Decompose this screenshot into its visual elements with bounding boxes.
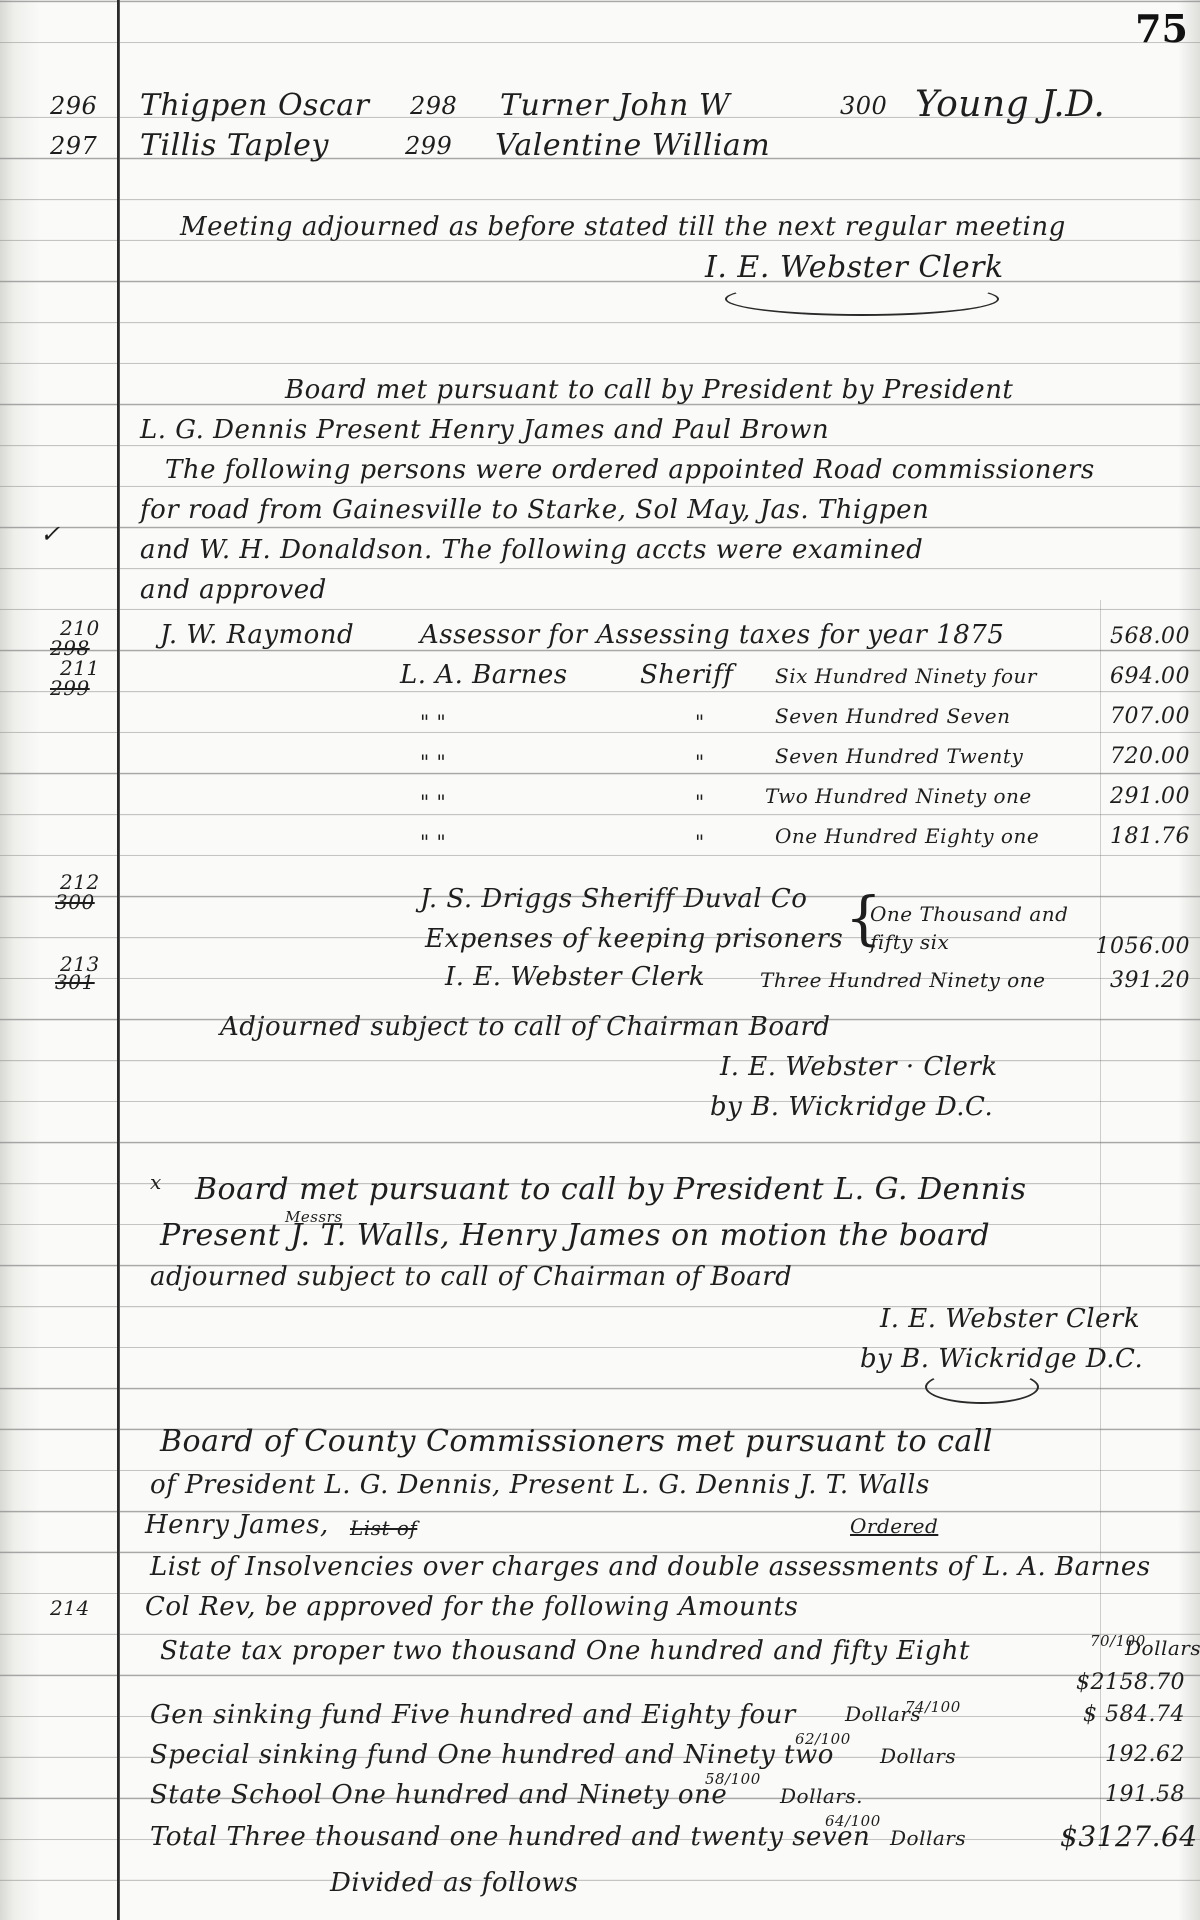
minutes-line: Board of County Commissioners met pursua… bbox=[160, 1424, 993, 1459]
entry-number: 298 bbox=[410, 92, 457, 120]
entry-number: 296 bbox=[50, 92, 97, 120]
assessment-item-text: Special sinking fund One hundred and Nin… bbox=[150, 1740, 834, 1770]
minutes-line: Henry James, bbox=[145, 1510, 329, 1540]
account-description: Sheriff bbox=[640, 660, 733, 690]
ditto-mark: " " bbox=[420, 750, 446, 774]
assessment-item-amount: 192.62 bbox=[1075, 1742, 1185, 1767]
minutes-line: of President L. G. Dennis, Present L. G.… bbox=[150, 1470, 930, 1500]
minutes-line: Board met pursuant to call by President … bbox=[195, 1172, 1027, 1207]
assessment-item-amount: $2158.70 bbox=[1075, 1670, 1185, 1695]
margin-number-struck: 301 bbox=[55, 970, 95, 994]
account-words: One Hundred Eighty one bbox=[775, 824, 1039, 848]
deputy-signature: by B. Wickridge D.C. bbox=[860, 1344, 1143, 1374]
account-words: Two Hundred Ninety one bbox=[765, 784, 1032, 808]
margin-number-struck: 299 bbox=[50, 676, 90, 700]
assessment-item-fraction: 58/100 bbox=[705, 1770, 761, 1788]
ditto-mark: " " bbox=[420, 830, 446, 854]
assessment-total-text: Total Three thousand one hundred and twe… bbox=[150, 1822, 870, 1852]
entry-name: Tillis Tapley bbox=[140, 128, 329, 163]
margin-number-struck: 300 bbox=[55, 890, 95, 914]
inserted-word: Ordered bbox=[850, 1514, 938, 1538]
entry-name: Thigpen Oscar bbox=[140, 88, 369, 123]
account-amount: 707.00 bbox=[1080, 704, 1190, 729]
entry-number: 299 bbox=[405, 132, 452, 160]
minutes-line: The following persons were ordered appoi… bbox=[165, 455, 1095, 485]
minutes-line: Col Rev, be approved for the following A… bbox=[145, 1592, 798, 1622]
ditto-mark: " " bbox=[420, 710, 446, 734]
adjourn-statement: Adjourned subject to call of Chairman Bo… bbox=[220, 1012, 831, 1042]
minutes-line: List of Insolvencies over charges and do… bbox=[150, 1552, 1151, 1582]
assessment-item-amount: $ 584.74 bbox=[1075, 1702, 1185, 1727]
margin-rule-inner bbox=[119, 0, 120, 1920]
page-number: 75 bbox=[1135, 6, 1188, 51]
account-words: One Thousand and bbox=[870, 902, 1068, 926]
account-payee: J. W. Raymond bbox=[160, 620, 354, 650]
assessment-item-unit: Dollars bbox=[1125, 1636, 1200, 1660]
assessment-item-fraction: 62/100 bbox=[795, 1730, 851, 1748]
assessment-item-unit: Dollars bbox=[880, 1744, 956, 1768]
account-amount: 391.20 bbox=[1080, 968, 1190, 993]
account-amount: 694.00 bbox=[1080, 664, 1190, 689]
account-words: fifty six bbox=[870, 930, 949, 954]
deputy-signature: by B. Wickridge D.C. bbox=[710, 1092, 993, 1122]
entry-name: Young J.D. bbox=[915, 84, 1105, 125]
minutes-line: and W. H. Donaldson. The following accts… bbox=[140, 535, 923, 565]
assessment-total-fraction: 64/100 bbox=[825, 1812, 881, 1830]
entry-name: Turner John W bbox=[500, 88, 730, 123]
check-mark-icon: ✓ bbox=[40, 520, 61, 548]
minutes-line: and approved bbox=[140, 575, 327, 605]
ditto-mark: " bbox=[695, 790, 705, 814]
account-words: Three Hundred Ninety one bbox=[760, 968, 1045, 992]
account-amount: 1056.00 bbox=[1080, 934, 1190, 959]
assessment-item-amount: 191.58 bbox=[1075, 1782, 1185, 1807]
account-payee: J. S. Driggs Sheriff Duval Co bbox=[420, 884, 807, 914]
ditto-mark: " bbox=[695, 830, 705, 854]
minutes-line: adjourned subject to call of Chairman of… bbox=[150, 1262, 792, 1292]
signature-flourish bbox=[725, 282, 999, 316]
clerk-signature: I. E. Webster Clerk bbox=[705, 250, 1004, 285]
minutes-line: Board met pursuant to call by President … bbox=[285, 375, 1013, 405]
ruled-lines bbox=[0, 0, 1200, 1920]
ditto-mark: " bbox=[695, 750, 705, 774]
assessment-total-amount: $3127.64 bbox=[1060, 1820, 1190, 1853]
minutes-line: L. G. Dennis Present Henry James and Pau… bbox=[140, 415, 829, 445]
account-payee: L. A. Barnes bbox=[400, 660, 568, 690]
margin-number: 214 bbox=[50, 1596, 90, 1620]
account-amount: 720.00 bbox=[1080, 744, 1190, 769]
clerk-signature: I. E. Webster Clerk bbox=[880, 1304, 1140, 1334]
struck-word: List of bbox=[350, 1516, 417, 1540]
ditto-mark: " bbox=[695, 710, 705, 734]
ditto-mark: " " bbox=[420, 790, 446, 814]
assessment-item-unit: Dollars bbox=[845, 1702, 921, 1726]
account-amount: 568.00 bbox=[1080, 624, 1190, 649]
account-amount: 291.00 bbox=[1080, 784, 1190, 809]
clerk-signature: I. E. Webster · Clerk bbox=[720, 1052, 998, 1082]
minutes-line: for road from Gainesville to Starke, Sol… bbox=[140, 495, 929, 525]
signature-flourish bbox=[925, 1370, 1039, 1404]
adjourn-statement: Meeting adjourned as before stated till … bbox=[180, 212, 1066, 242]
account-description: Expenses of keeping prisoners bbox=[425, 924, 843, 954]
assessment-item-text: Gen sinking fund Five hundred and Eighty… bbox=[150, 1700, 796, 1730]
assessment-item-text: State School One hundred and Ninety one bbox=[150, 1780, 727, 1810]
assessment-item-text: State tax proper two thousand One hundre… bbox=[160, 1636, 970, 1666]
account-payee: I. E. Webster Clerk bbox=[445, 962, 705, 992]
entry-number: 297 bbox=[50, 132, 97, 160]
entry-number: 300 bbox=[840, 92, 887, 120]
minutes-line: Present J. T. Walls, Henry James on moti… bbox=[160, 1218, 990, 1253]
assessment-total-unit: Dollars bbox=[890, 1826, 966, 1850]
account-words: Seven Hundred Seven bbox=[775, 704, 1011, 728]
account-amount: 181.76 bbox=[1080, 824, 1190, 849]
assessment-item-unit: Dollars. bbox=[780, 1784, 863, 1808]
closing-line: Divided as follows bbox=[330, 1868, 578, 1898]
account-description: Assessor for Assessing taxes for year 18… bbox=[420, 620, 1004, 650]
x-mark-icon: x bbox=[150, 1170, 162, 1194]
account-words: Seven Hundred Twenty bbox=[775, 744, 1023, 768]
entry-name: Valentine William bbox=[495, 128, 770, 163]
account-words: Six Hundred Ninety four bbox=[775, 664, 1037, 688]
